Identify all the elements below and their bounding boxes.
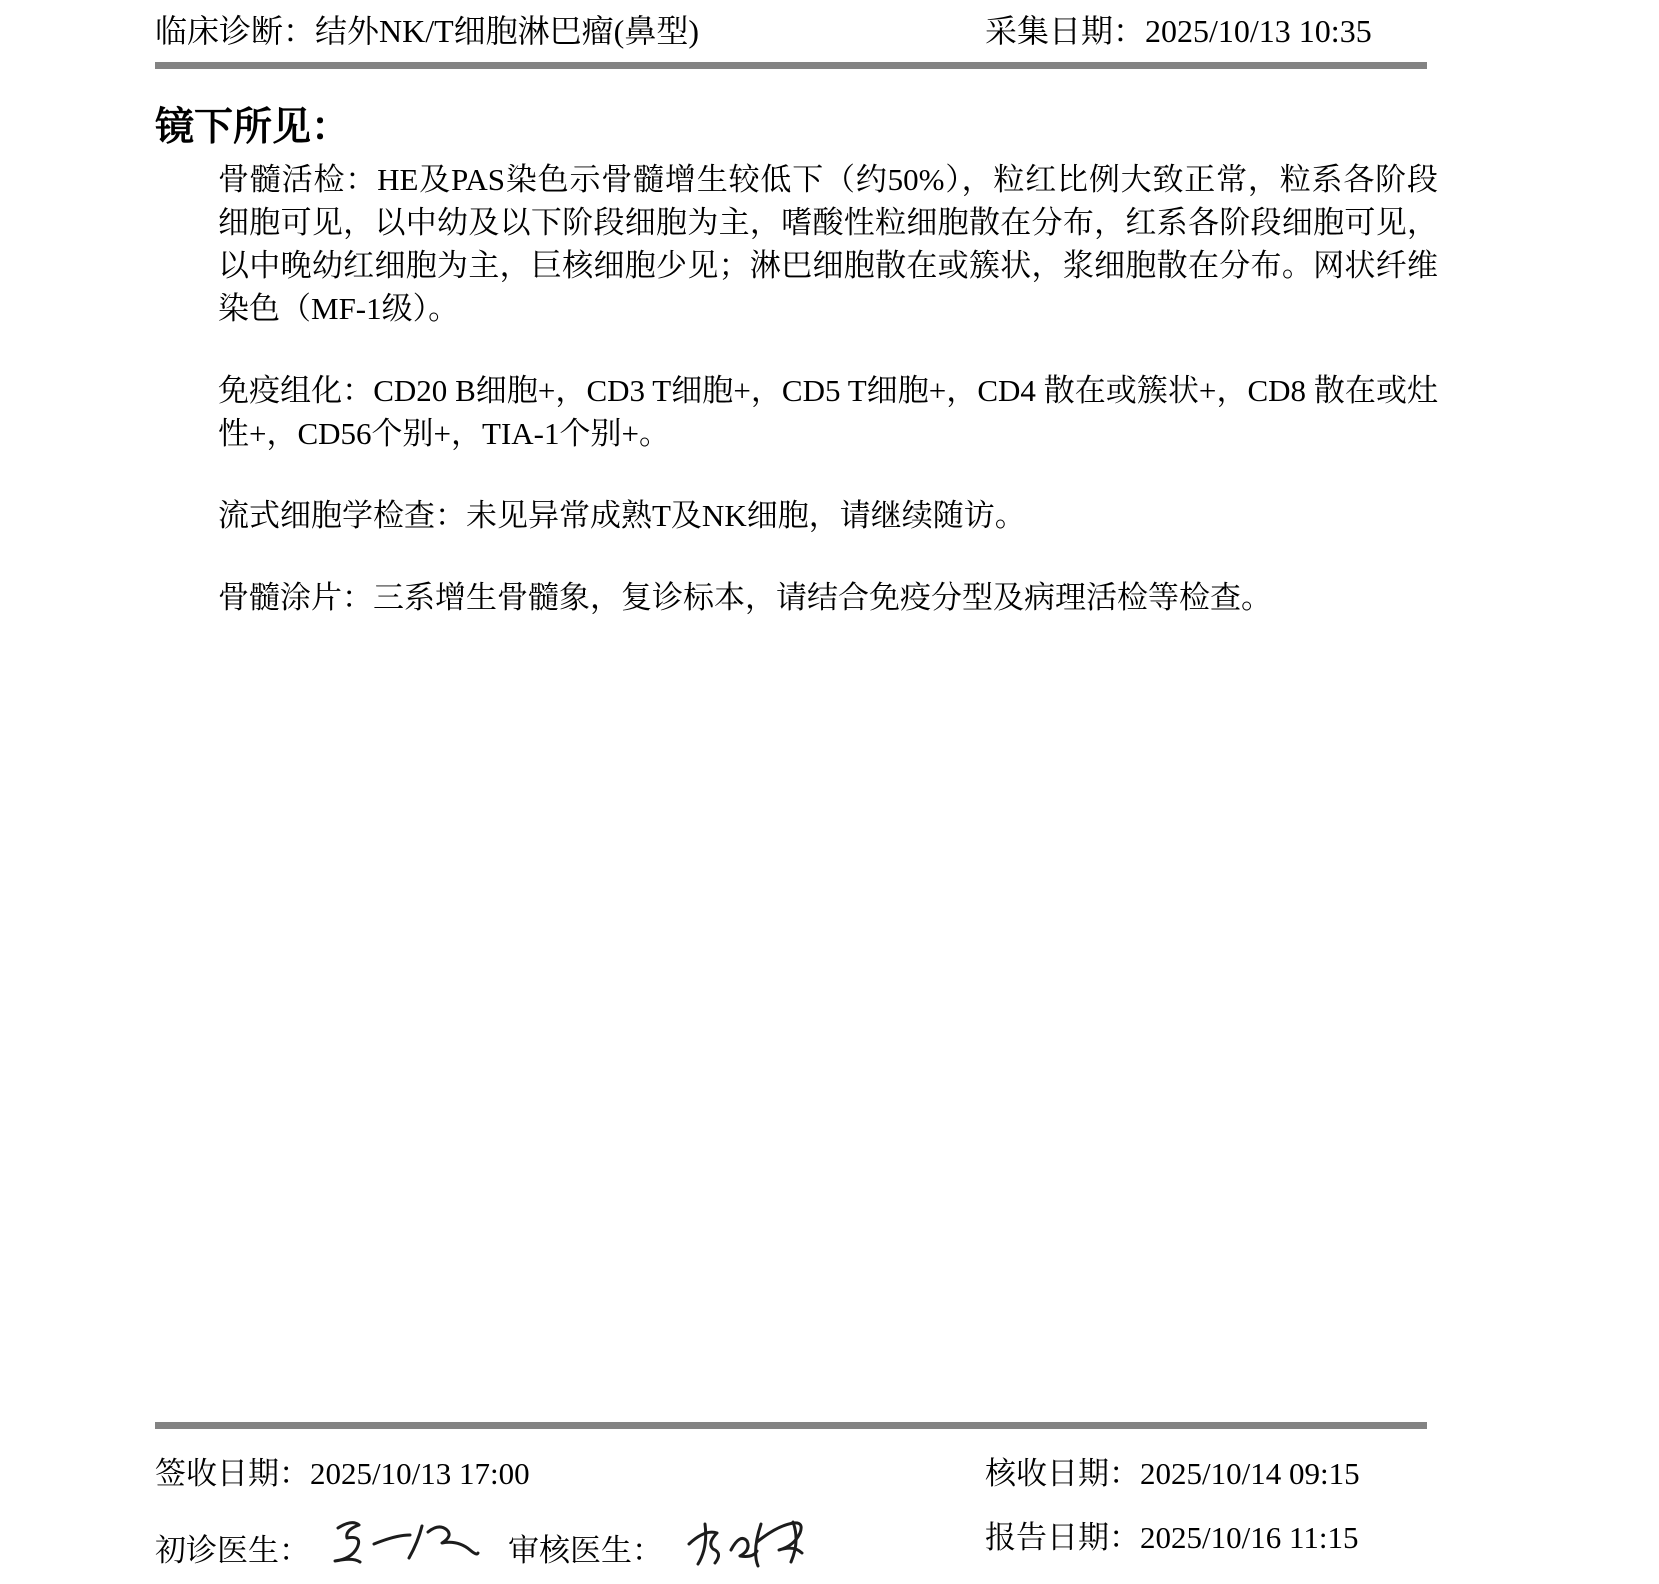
sign-date: 签收日期：2025/10/13 17:00	[155, 1448, 530, 1493]
paragraph-immunohistochemistry: 免疫组化：CD20 B细胞+，CD3 T细胞+，CD5 T细胞+，CD4 散在或…	[218, 369, 1438, 455]
sign-date-label: 签收日期：	[155, 1456, 310, 1491]
clinical-diagnosis-label: 临床诊断：	[155, 13, 315, 49]
paragraph-bone-marrow-biopsy: 骨髓活检：HE及PAS染色示骨髓增生较低下（约50%），粒红比例大致正常，粒系各…	[218, 158, 1438, 330]
report-date-label: 报告日期：	[985, 1520, 1140, 1555]
pathology-report-page: 临床诊断：结外NK/T细胞淋巴瘤(鼻型) 采集日期：2025/10/13 10:…	[0, 0, 1659, 1584]
doctor-row: 初诊医生： 审核医生：	[155, 1512, 825, 1570]
sign-date-value: 2025/10/13 17:00	[310, 1456, 530, 1491]
receive-date: 核收日期：2025/10/14 09:15	[985, 1448, 1360, 1493]
report-date: 报告日期：2025/10/16 11:15	[985, 1512, 1358, 1557]
footer-divider	[155, 1422, 1427, 1429]
clinical-diagnosis: 临床诊断：结外NK/T细胞淋巴瘤(鼻型)	[155, 6, 699, 52]
header-divider	[155, 62, 1427, 69]
paragraph-flow-cytometry: 流式细胞学检查：未见异常成熟T及NK细胞，请继续随访。	[218, 494, 1438, 537]
report-date-value: 2025/10/16 11:15	[1140, 1520, 1358, 1555]
collection-date: 采集日期：2025/10/13 10:35	[985, 6, 1372, 52]
collection-date-label: 采集日期：	[985, 13, 1145, 49]
review-doctor-label: 审核医生：	[508, 1525, 663, 1570]
review-doctor-signature	[675, 1512, 825, 1570]
receive-date-value: 2025/10/14 09:15	[1140, 1456, 1360, 1491]
findings-section-title: 镜下所见：	[155, 96, 350, 152]
initial-doctor-signature	[320, 1512, 480, 1570]
receive-date-label: 核收日期：	[985, 1456, 1140, 1491]
collection-date-value: 2025/10/13 10:35	[1145, 13, 1372, 49]
paragraph-bone-marrow-smear: 骨髓涂片：三系增生骨髓象，复诊标本，请结合免疫分型及病理活检等检查。	[218, 576, 1438, 619]
findings-body: 骨髓活检：HE及PAS染色示骨髓增生较低下（约50%），粒红比例大致正常，粒系各…	[218, 158, 1438, 658]
clinical-diagnosis-value: 结外NK/T细胞淋巴瘤(鼻型)	[315, 13, 699, 49]
initial-doctor-label: 初诊医生：	[155, 1525, 310, 1570]
